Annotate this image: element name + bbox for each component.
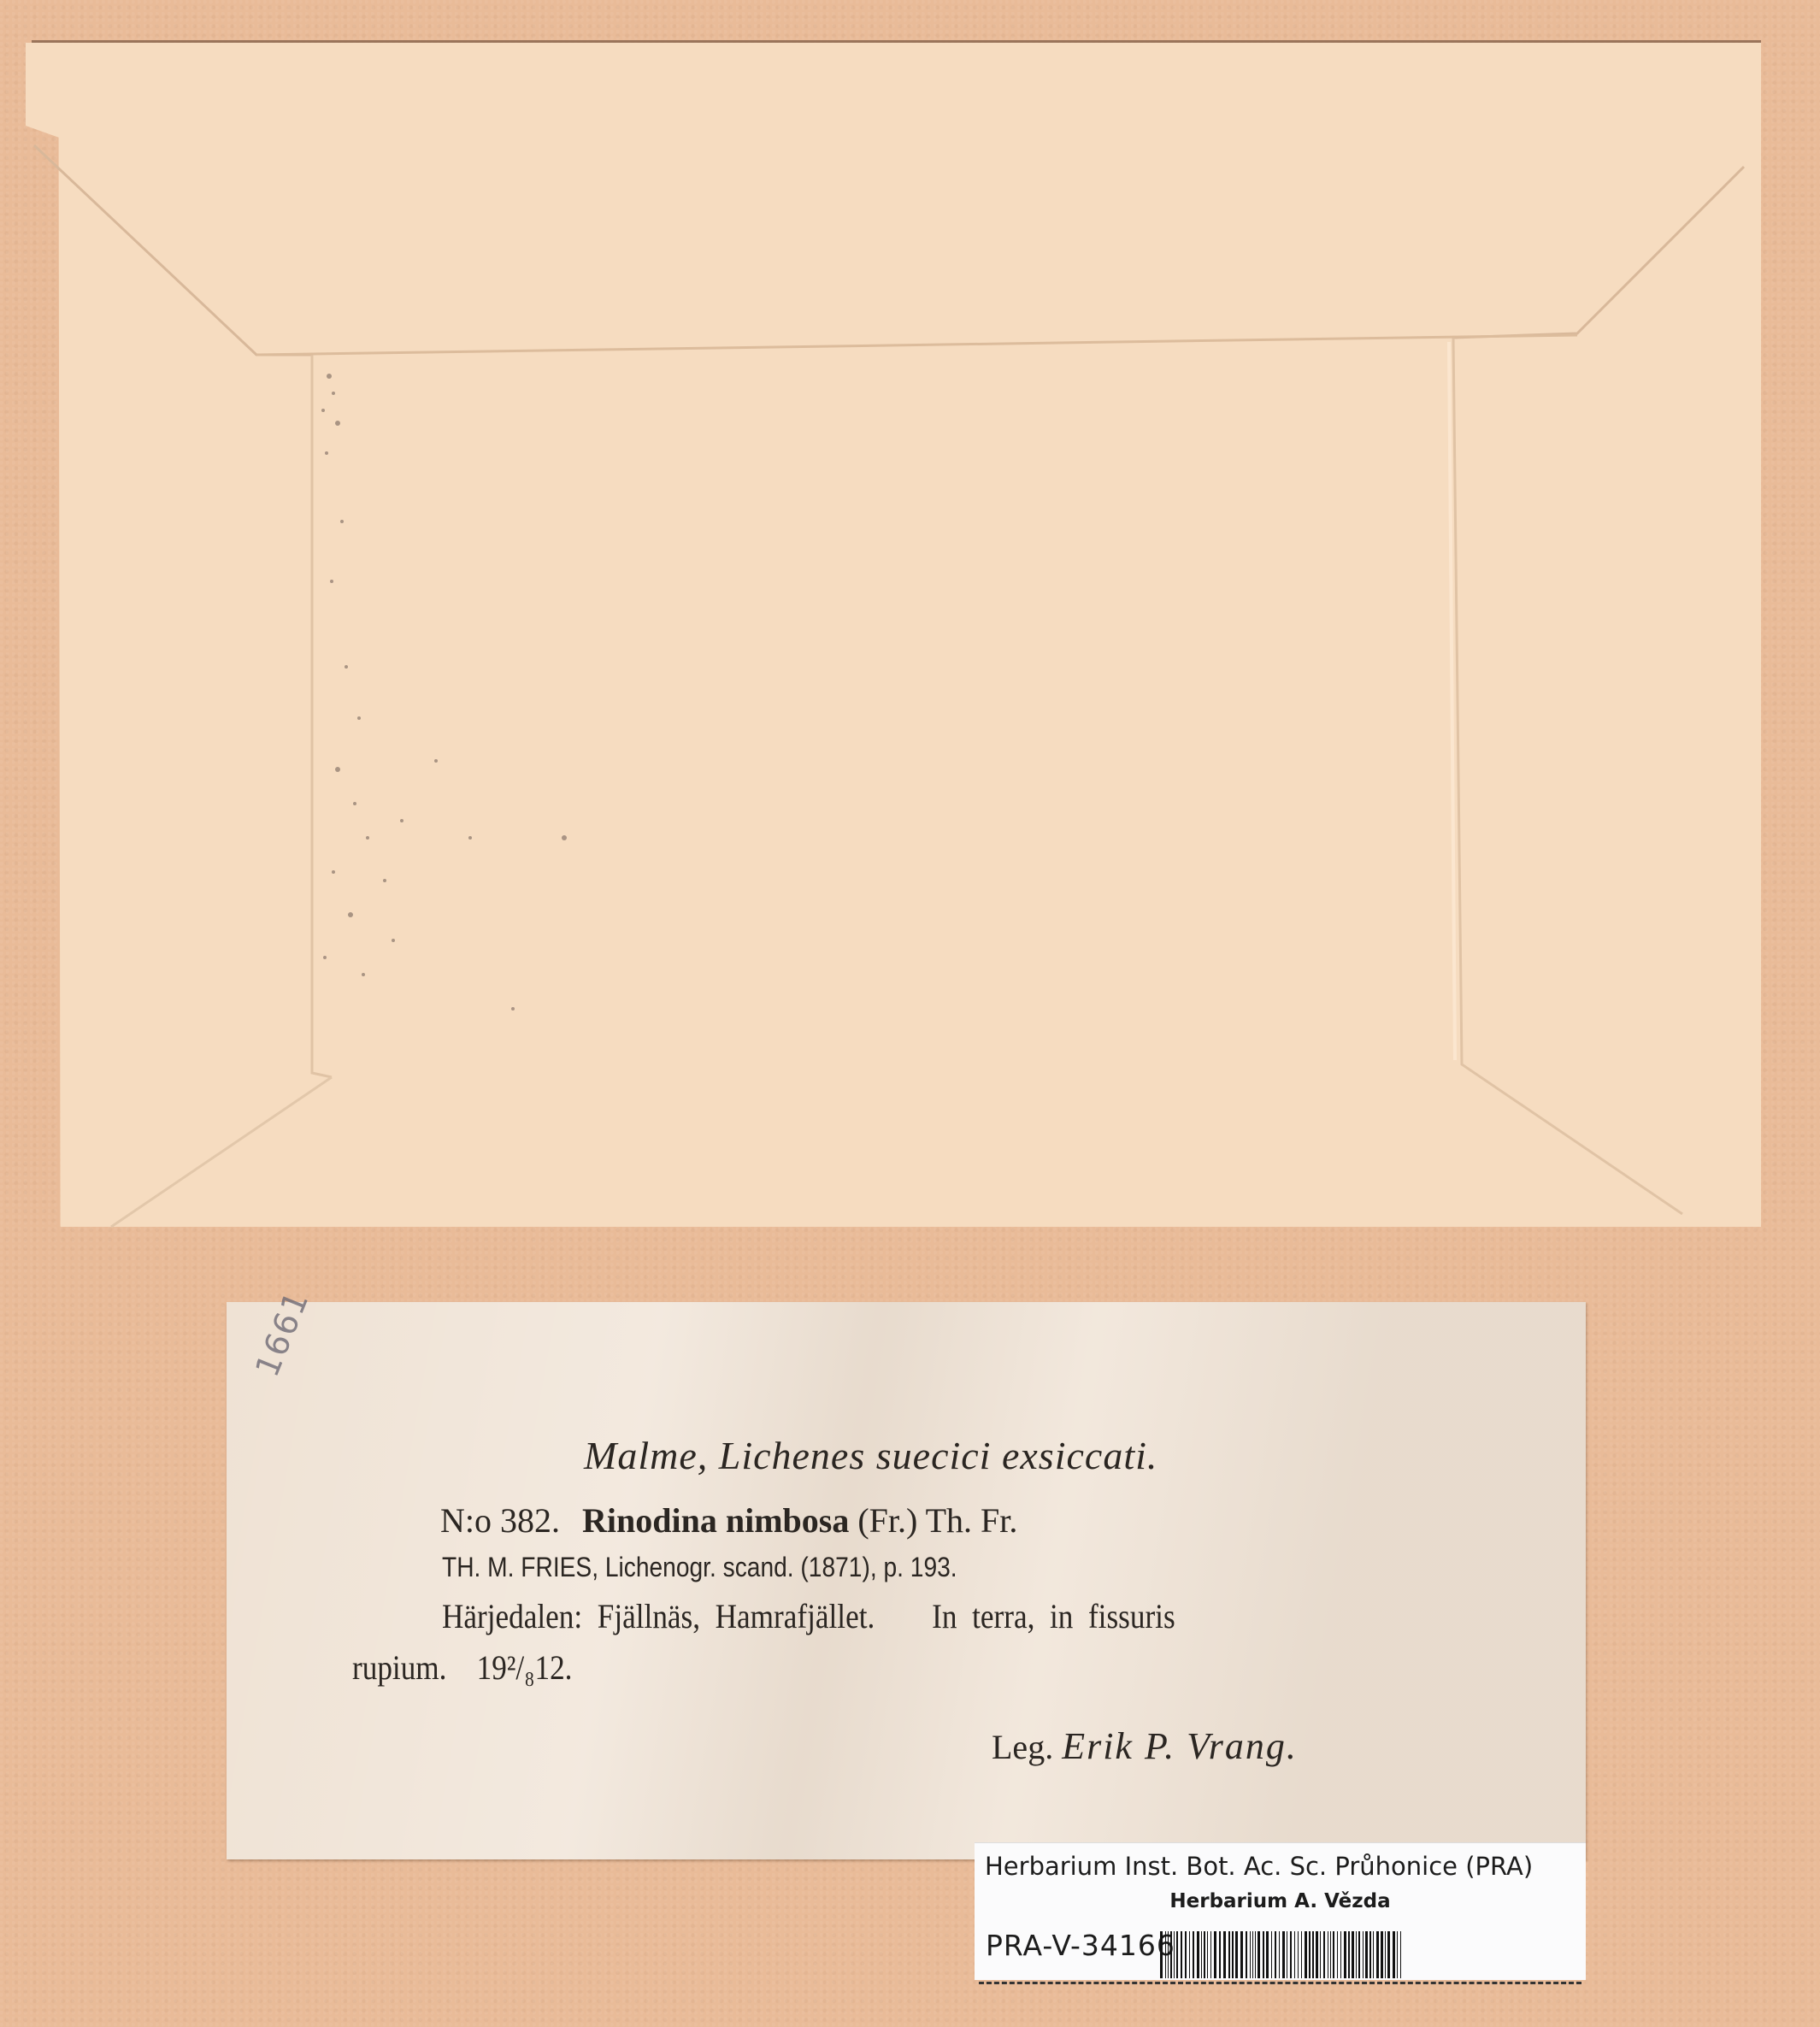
specimen-number-line: N:o 382. Rinodina nimbosa (Fr.) Th. Fr. (440, 1500, 1017, 1541)
locality-line: Härjedalen: Fjällnäs, Hamrafjället. In t… (442, 1596, 1175, 1636)
habitat-end: rupium. (352, 1648, 446, 1687)
collection-name: Herbarium A. Vězda (975, 1890, 1586, 1912)
collection-date: 19²/₈12. (477, 1648, 573, 1687)
locality-place: Fjällnäs, Hamrafjället. (598, 1597, 875, 1635)
exsiccata-number: N:o 382. (440, 1501, 560, 1540)
literature-reference: TH. M. FRIES, Lichenogr. scand. (1871), … (442, 1552, 957, 1583)
perforation-line (979, 1982, 1581, 1984)
specimen-envelope (26, 43, 1761, 1227)
barcode-icon (1158, 1931, 1406, 1978)
collector-name: Erik P. Vrang. (1062, 1725, 1298, 1767)
species-name: Rinodina nimbosa (582, 1501, 849, 1540)
collector-line: Leg. Erik P. Vrang. (992, 1724, 1298, 1768)
species-author: (Fr.) Th. Fr. (857, 1501, 1017, 1540)
leg-prefix: Leg. (992, 1728, 1053, 1766)
specimen-id: PRA-V-34166 (986, 1929, 1175, 1962)
institution-name: Herbarium Inst. Bot. Ac. Sc. Průhonice (… (985, 1852, 1533, 1881)
series-title: Malme, Lichenes suecici exsiccati. (584, 1433, 1157, 1478)
habitat-date-line: rupium. 19²/₈12. (352, 1647, 572, 1688)
herbarium-sticker: Herbarium Inst. Bot. Ac. Sc. Průhonice (… (975, 1842, 1586, 1980)
locality-region: Härjedalen: (442, 1597, 582, 1635)
habitat-text: In terra, in fissuris (932, 1597, 1175, 1635)
